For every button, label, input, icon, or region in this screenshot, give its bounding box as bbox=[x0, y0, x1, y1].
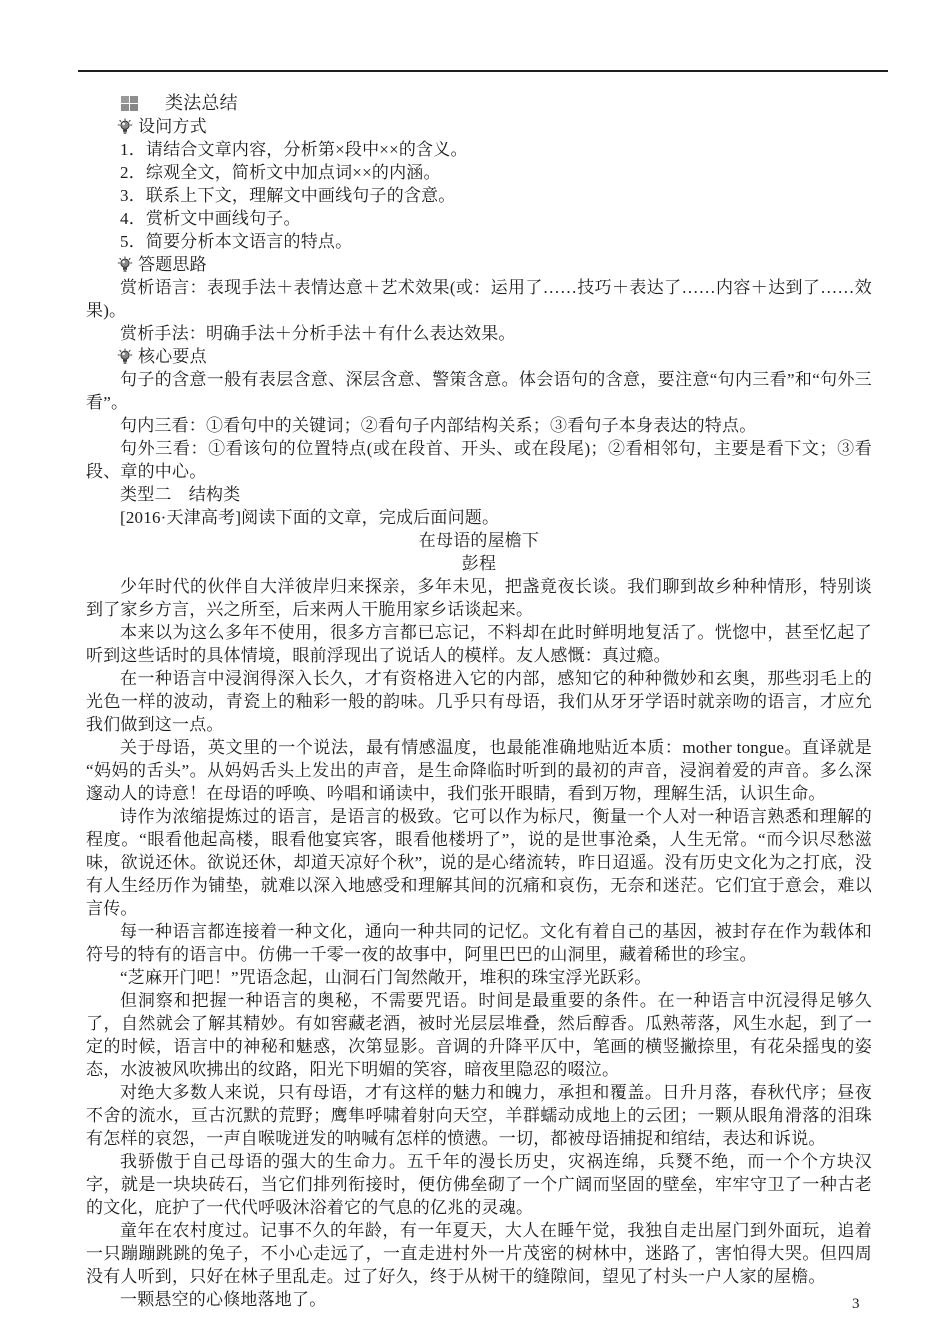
question-style-item: 5．简要分析本文语言的特点。 bbox=[86, 230, 872, 253]
article-paragraph: 在一种语言中浸润得深入长久，才有资格进入它的内部，感知它的种种微妙和玄奥，那些羽… bbox=[86, 667, 872, 736]
lightbulb-icon bbox=[117, 348, 133, 366]
article-paragraph: “芝麻开门吧！”咒语念起，山洞石门訇然敞开，堆积的珠宝浮光跃彩。 bbox=[86, 966, 872, 989]
article-author: 彭程 bbox=[86, 552, 872, 575]
question-style-item: 1．请结合文章内容，分析第×段中××的含义。 bbox=[86, 138, 872, 161]
article-paragraph: 对绝大多数人来说，只有母语，才有这样的魅力和魄力，承担和覆盖。日升月落，春秋代序… bbox=[86, 1081, 872, 1150]
article-paragraph: 一颗悬空的心倏地落地了。 bbox=[86, 1288, 872, 1311]
article-paragraph: 少年时代的伙伴自大洋彼岸归来探亲，多年未见，把盏竟夜长谈。我们聊到故乡种种情形，… bbox=[86, 575, 872, 621]
article-paragraph: 诗作为浓缩提炼过的语言，是语言的极致。它可以作为标尺，衡量一个人对一种语言熟悉和… bbox=[86, 805, 872, 920]
subsection-core-points: 核心要点 bbox=[86, 345, 872, 368]
article-paragraph: 童年在农村度过。记事不久的年龄，有一年夏天，大人在睡午觉，我独自走出屋门到外面玩… bbox=[86, 1219, 872, 1288]
question-style-item: 4．赏析文中画线句子。 bbox=[86, 207, 872, 230]
method-summary-heading-label: 类法总结 bbox=[165, 92, 238, 115]
lightbulb-icon bbox=[117, 256, 133, 274]
section-heading-method-summary: 类法总结 bbox=[86, 92, 872, 115]
article-paragraph: 本来以为这么多年不使用，很多方言都已忘记，不料却在此时鲜明地复活了。恍惚中，甚至… bbox=[86, 621, 872, 667]
subsection-title: 设问方式 bbox=[138, 115, 207, 138]
article-paragraph: 我骄傲于自己母语的强大的生命力。五千年的漫长历史，灾祸连绵，兵燹不绝，而一个个方… bbox=[86, 1150, 872, 1219]
page-content: 类法总结 设问方式 bbox=[86, 92, 872, 1311]
subsection-question-styles: 设问方式 bbox=[86, 115, 872, 138]
page-number: 3 bbox=[852, 1296, 860, 1313]
article-paragraph: 关于母语，英文里的一个说法，最有情感温度，也最能准确地贴近本质：mother t… bbox=[86, 736, 872, 805]
core-point-paragraph: 句内三看：①看句中的关键词；②看句子内部结构关系；③看句子本身表达的特点。 bbox=[86, 414, 872, 437]
subsection-answer-approach: 答题思路 bbox=[86, 253, 872, 276]
subsection-title: 答题思路 bbox=[138, 253, 207, 276]
exam-type-label: 类型二 结构类 bbox=[86, 483, 872, 506]
header-rule bbox=[78, 70, 888, 72]
question-style-item: 3．联系上下文，理解文中画线句子的含意。 bbox=[86, 184, 872, 207]
grid-icon bbox=[121, 96, 138, 111]
article-paragraph: 每一种语言都连接着一种文化，通向一种共同的记忆。文化有着自己的基因，被封存在作为… bbox=[86, 920, 872, 966]
document-page: 类法总结 设问方式 bbox=[0, 0, 950, 1344]
exam-source-line: [2016·天津高考]阅读下面的文章，完成后面问题。 bbox=[86, 506, 872, 529]
article-paragraph: 但洞察和把握一种语言的奥秘，不需要咒语。时间是最重要的条件。在一种语言中沉浸得足… bbox=[86, 989, 872, 1081]
article-title: 在母语的屋檐下 bbox=[86, 529, 872, 552]
core-point-paragraph: 句外三看：①看该句的位置特点(或在段首、开头、或在段尾)；②看相邻句，主要是看下… bbox=[86, 437, 872, 483]
answer-approach-paragraph: 赏析语言：表现手法＋表情达意＋艺术效果(或：运用了……技巧＋表达了……内容＋达到… bbox=[86, 276, 872, 322]
answer-approach-paragraph: 赏析手法：明确手法＋分析手法＋有什么表达效果。 bbox=[86, 322, 872, 345]
subsection-title: 核心要点 bbox=[138, 345, 207, 368]
lightbulb-icon bbox=[117, 118, 133, 136]
question-style-item: 2．综观全文，简析文中加点词××的内涵。 bbox=[86, 161, 872, 184]
core-point-paragraph: 句子的含意一般有表层含意、深层含意、警策含意。体会语句的含意，要注意“句内三看”… bbox=[86, 368, 872, 414]
